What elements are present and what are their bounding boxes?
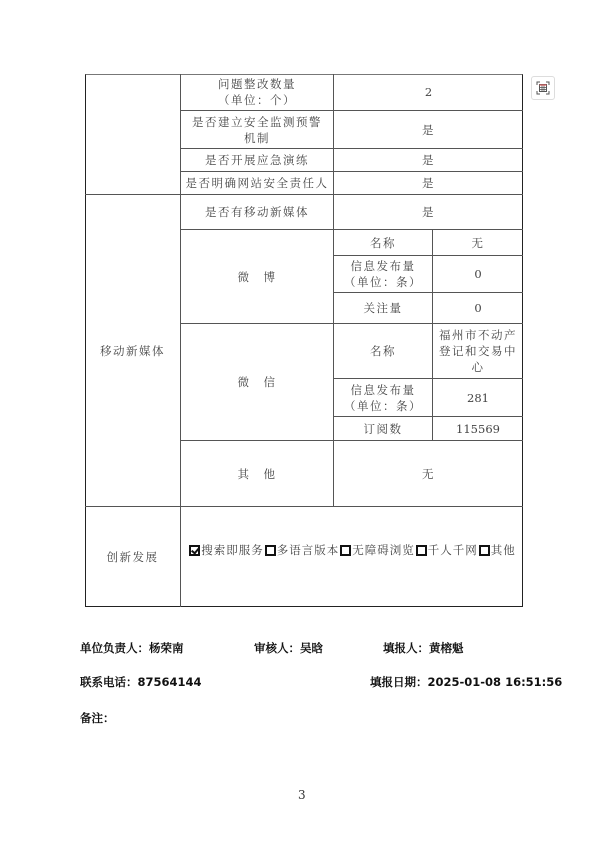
label-text: 问题整改数量 <box>218 76 296 92</box>
other-media-label: 其 他 <box>181 441 333 506</box>
label-text: （单位：条） <box>344 398 422 414</box>
section-label-innovation: 创新发展 <box>85 507 180 607</box>
weibo-posts-value: 0 <box>433 256 523 292</box>
remarks: 备注： <box>80 710 115 726</box>
filler: 填报人：黄榕魁 <box>383 640 464 656</box>
label-text: 信息发布量 <box>351 382 416 398</box>
weibo-followers-value: 0 <box>433 293 523 323</box>
unit-head: 单位负责人：杨荣南 <box>80 640 184 656</box>
wechat-name-value: 福州市不动产 登记和交易中 心 <box>433 324 523 378</box>
weibo-label: 微 博 <box>181 230 333 323</box>
weibo-name-label: 名称 <box>334 230 432 255</box>
label-text: 机制 <box>244 130 270 146</box>
wechat-subscribers-label: 订阅数 <box>334 417 432 440</box>
value-security-monitoring: 是 <box>334 111 523 148</box>
label-text: （单位：个） <box>218 92 296 108</box>
label-text: 是否建立安全监测预警 <box>192 114 322 130</box>
option-label: 千人千网 <box>428 542 478 558</box>
checkbox-accessibility[interactable] <box>340 545 351 556</box>
checkbox-personalized-site[interactable] <box>416 545 427 556</box>
value-text: 福州市不动产 <box>439 327 517 343</box>
option-label: 多语言版本 <box>277 542 340 558</box>
table-extract-icon <box>536 81 550 95</box>
weibo-posts-label: 信息发布量 （单位：条） <box>334 256 432 292</box>
page-number: 3 <box>298 788 306 802</box>
value-emergency-drill: 是 <box>334 149 523 171</box>
section-label-mobile-media: 移动新媒体 <box>85 195 180 506</box>
value-text: 登记和交易中 <box>439 343 517 359</box>
row-label-emergency-drill: 是否开展应急演练 <box>181 149 333 171</box>
value-rectification-count: 2 <box>334 74 523 110</box>
value-security-owner: 是 <box>334 172 523 194</box>
document-page: 问题整改数量 （单位：个） 2 是否建立安全监测预警 机制 是 是否开展应急演练… <box>0 0 598 845</box>
innovation-checkbox-row: 搜索即服务 多语言版本 无障碍浏览 千人千网 其他 <box>188 542 516 558</box>
reviewer: 审核人：吴晗 <box>254 640 323 656</box>
report-table: 问题整改数量 （单位：个） 2 是否建立安全监测预警 机制 是 是否开展应急演练… <box>85 74 523 607</box>
fill-date: 填报日期：2025-01-08 16:51:56 <box>370 674 562 690</box>
checkbox-other[interactable] <box>479 545 490 556</box>
weibo-followers-label: 关注量 <box>334 293 432 323</box>
value-has-mobile-media: 是 <box>334 195 523 229</box>
option-label: 其他 <box>491 542 516 558</box>
other-media-value: 无 <box>334 441 523 506</box>
innovation-options: 搜索即服务 多语言版本 无障碍浏览 千人千网 其他 <box>181 507 523 593</box>
wechat-posts-label: 信息发布量 （单位：条） <box>334 379 432 416</box>
option-label: 搜索即服务 <box>201 542 264 558</box>
checkbox-search-as-service[interactable] <box>189 545 200 556</box>
wechat-label: 微 信 <box>181 324 333 440</box>
wechat-posts-value: 281 <box>433 379 523 416</box>
wechat-subscribers-value: 115569 <box>433 417 523 440</box>
label-text: 信息发布量 <box>351 258 416 274</box>
row-label-has-mobile-media: 是否有移动新媒体 <box>181 195 333 229</box>
row-label-rectification-count: 问题整改数量 （单位：个） <box>181 74 333 110</box>
row-label-security-owner: 是否明确网站安全责任人 <box>181 172 333 194</box>
table-extract-button[interactable] <box>531 76 555 100</box>
weibo-name-value: 无 <box>433 230 523 255</box>
row-label-security-monitoring: 是否建立安全监测预警 机制 <box>181 111 333 148</box>
label-text: （单位：条） <box>344 274 422 290</box>
checkbox-multilingual[interactable] <box>265 545 276 556</box>
contact-phone: 联系电话：87564144 <box>80 674 202 690</box>
wechat-name-label: 名称 <box>334 324 432 378</box>
option-label: 无障碍浏览 <box>352 542 415 558</box>
value-text: 心 <box>472 359 485 375</box>
